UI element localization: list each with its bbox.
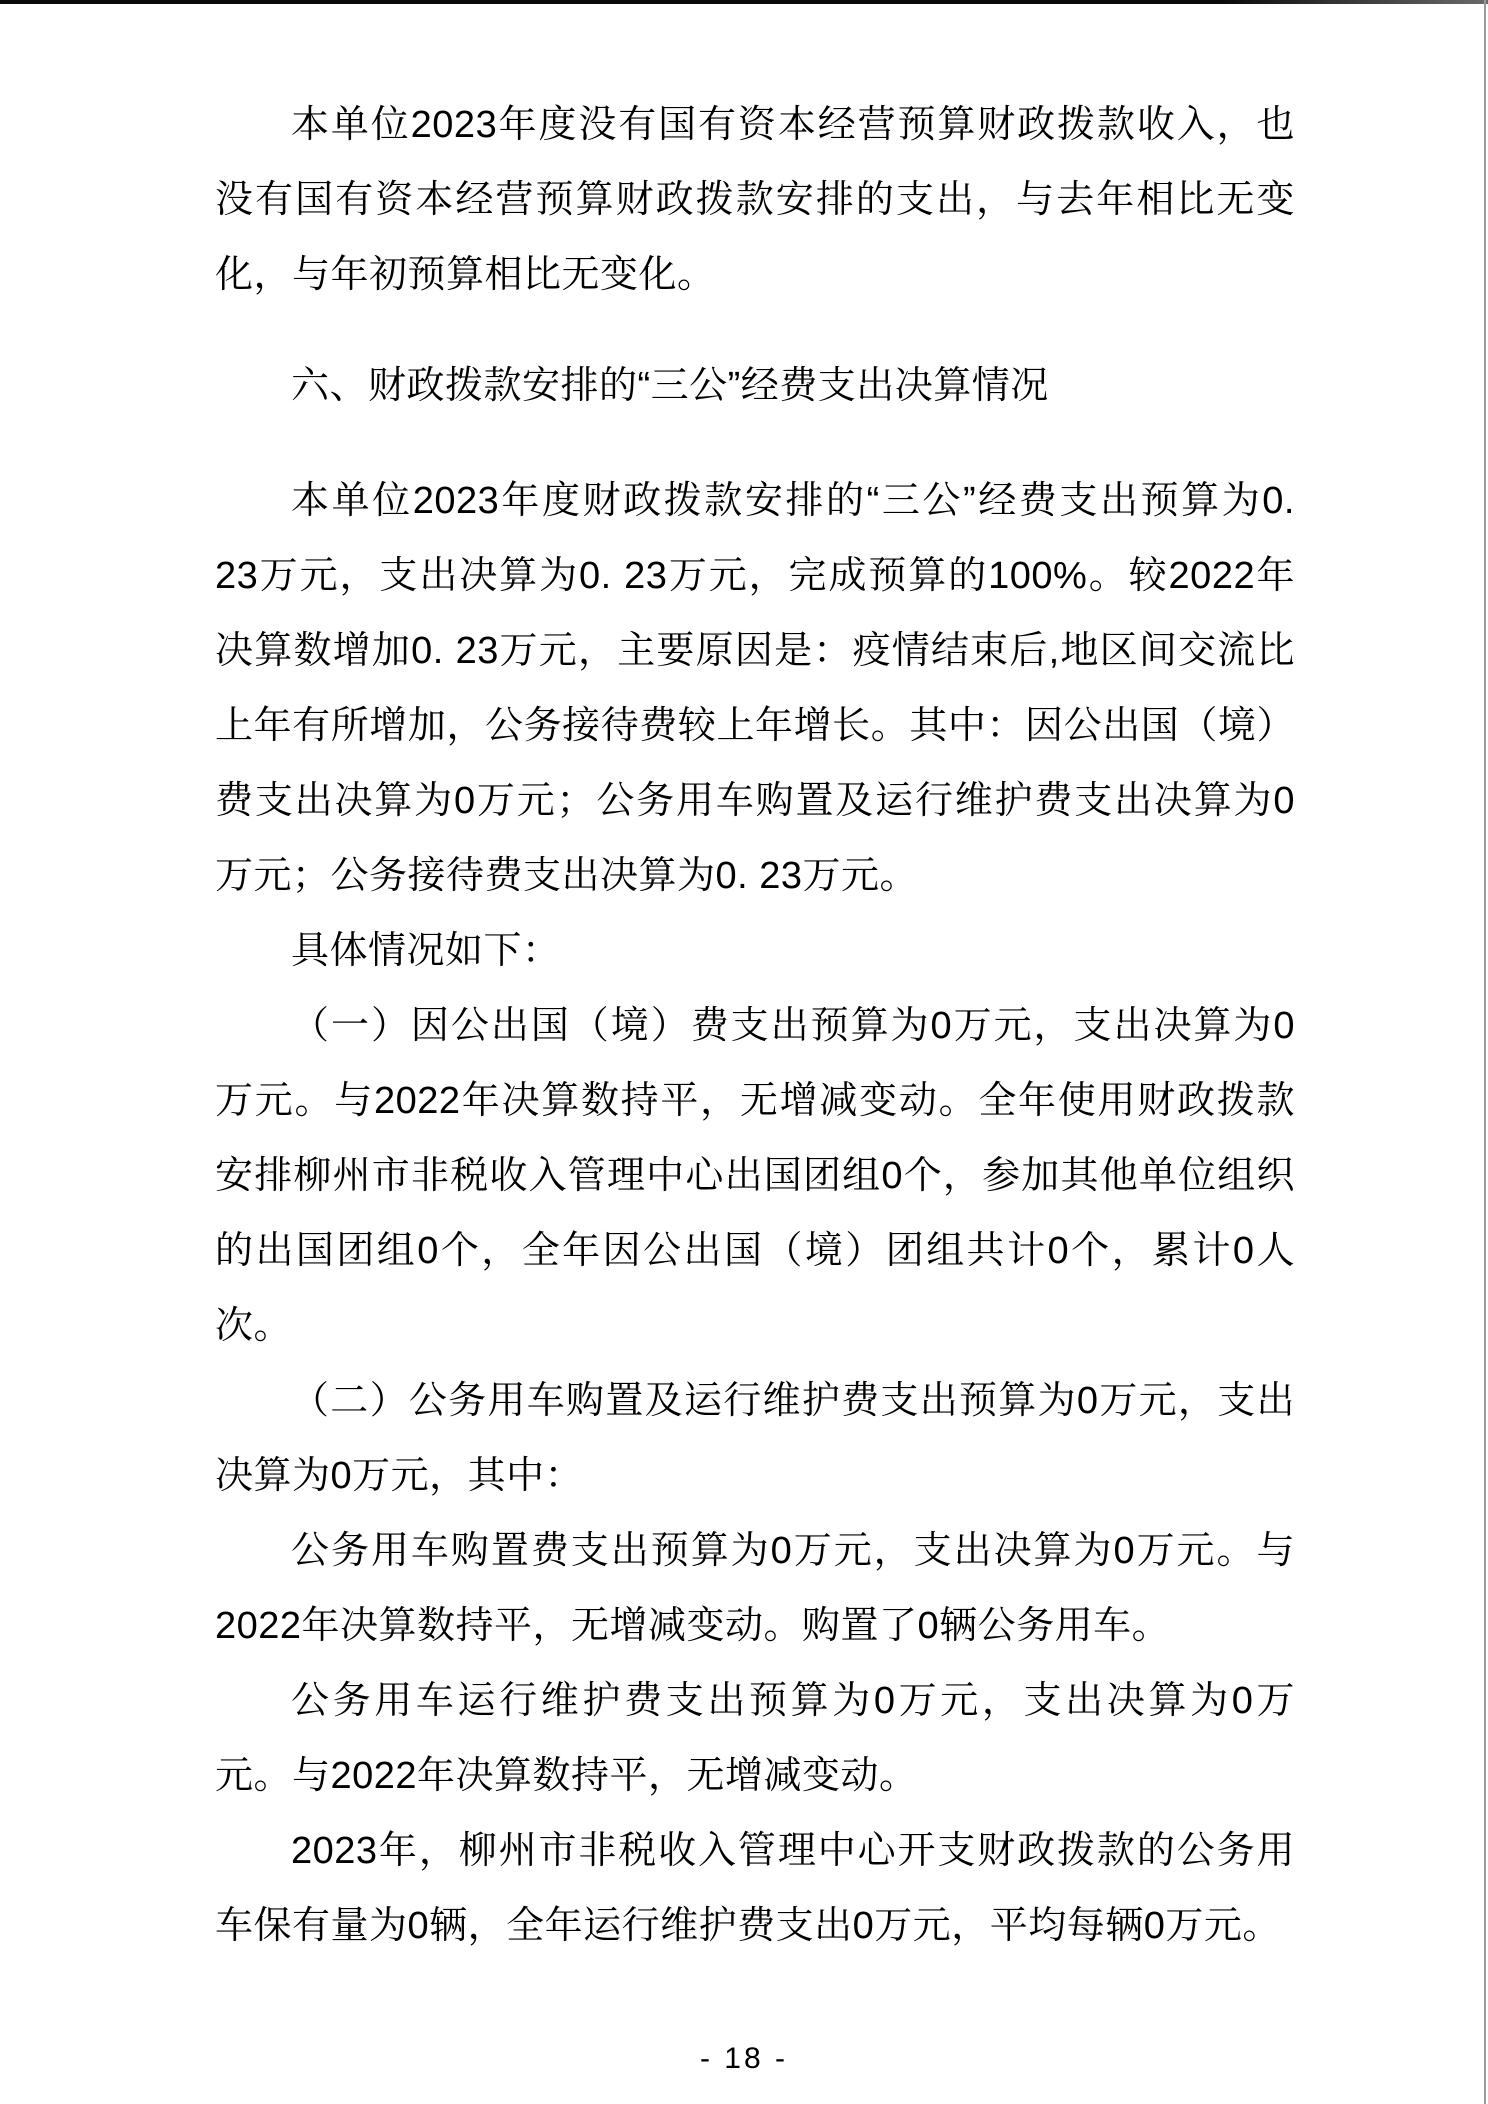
paragraph-abroad-expense: （一）因公出国（境）费支出预算为0万元，支出决算为0万元。与2022年决算数持平… [215,989,1295,1364]
section-six-heading: 六、财政拨款安排的“三公”经费支出决算情况 [215,349,1295,424]
paragraph-vehicle-fleet: 2023年，柳州市非税收入管理中心开支财政拨款的公务用车保有量为0辆，全年运行维… [215,1814,1295,1964]
paragraph-vehicle-maintenance: 公务用车运行维护费支出预算为0万元，支出决算为0万元。与2022年决算数持平，无… [215,1664,1295,1814]
paragraph-details-intro: 具体情况如下： [215,914,1295,989]
scan-right-edge [1484,0,1486,2104]
scan-top-edge [0,0,1488,4]
paragraph-state-capital-budget: 本单位2023年度没有国有资本经营预算财政拨款收入，也没有国有资本经营预算财政拨… [215,88,1295,313]
page-number: - 18 - [0,2042,1488,2076]
document-page: 本单位2023年度没有国有资本经营预算财政拨款收入，也没有国有资本经营预算财政拨… [0,0,1488,2104]
paragraph-vehicle-expense: （二）公务用车购置及运行维护费支出预算为0万元，支出决算为0万元，其中： [215,1364,1295,1514]
paragraph-vehicle-purchase: 公务用车购置费支出预算为0万元，支出决算为0万元。与2022年决算数持平，无增减… [215,1514,1295,1664]
paragraph-three-public-summary: 本单位2023年度财政拨款安排的“三公”经费支出预算为0. 23万元，支出决算为… [215,464,1295,914]
document-body: 本单位2023年度没有国有资本经营预算财政拨款收入，也没有国有资本经营预算财政拨… [215,88,1295,1964]
